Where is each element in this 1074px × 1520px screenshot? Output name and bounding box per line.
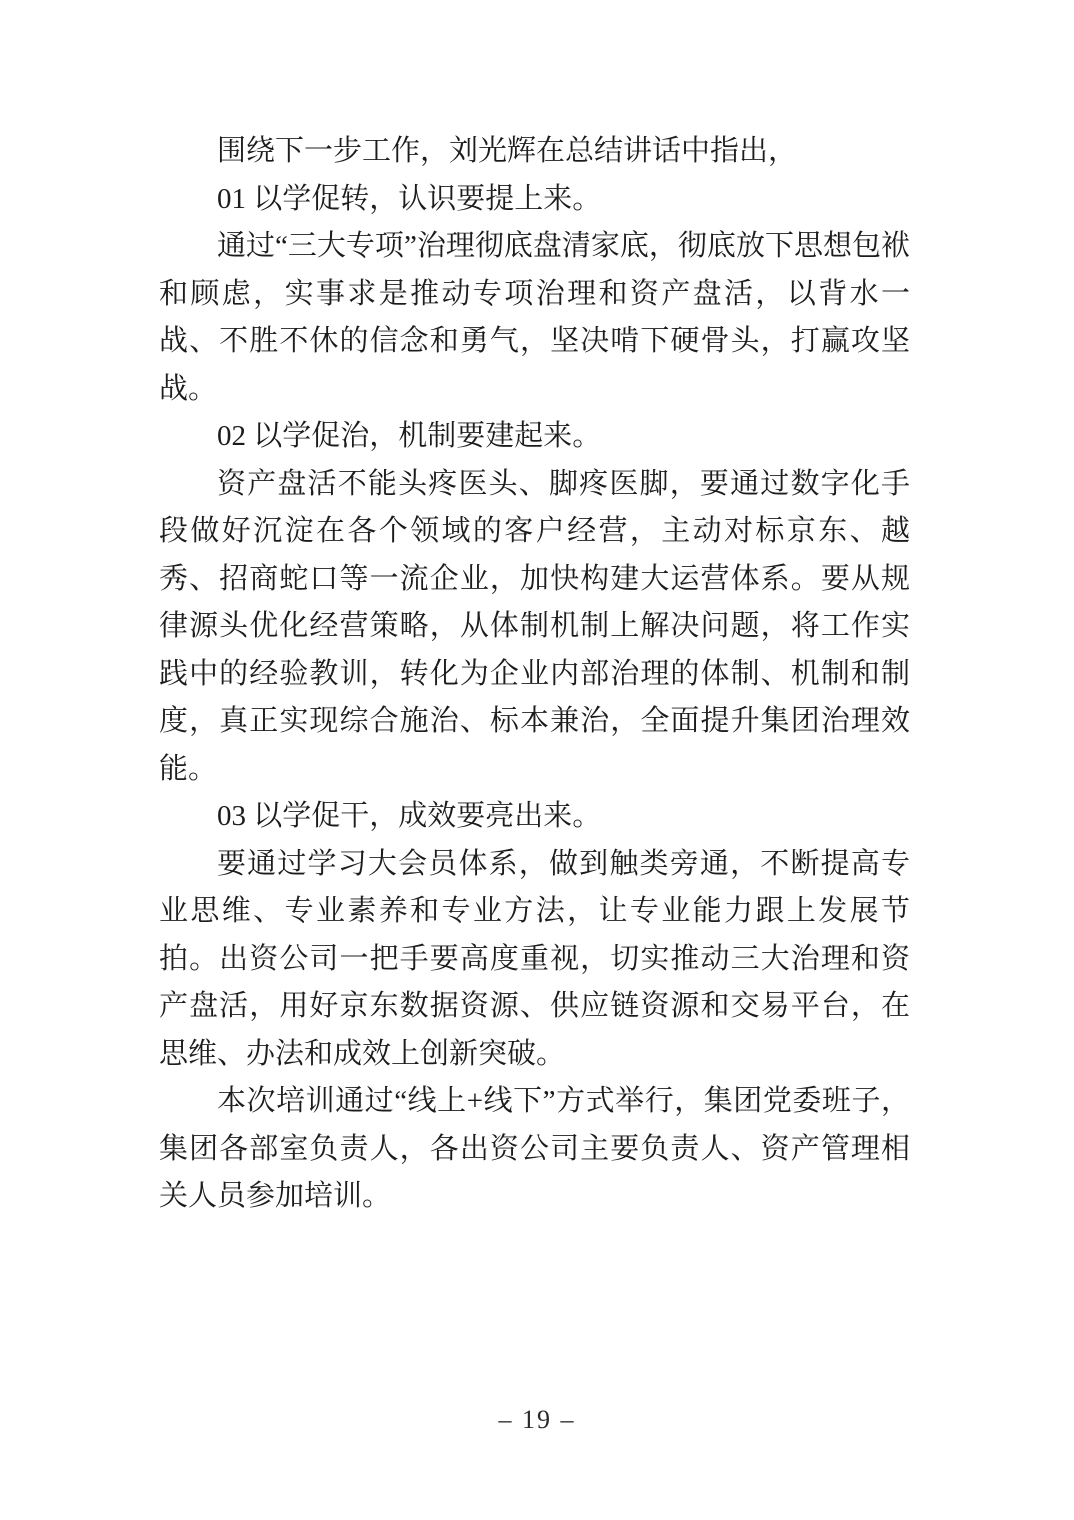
paragraph-body-03: 要通过学习大会员体系，做到触类旁通，不断提高专业思维、专业素养和专业方法，让专业… <box>159 841 910 1079</box>
paragraph-heading-02: 02 以学促治，机制要建起来。 <box>159 413 910 461</box>
paragraph-closing: 本次培训通过“线上+线下”方式举行，集团党委班子，集团各部室负责人，各出资公司主… <box>159 1078 910 1221</box>
paragraph-body-02: 资产盘活不能头疼医头、脚疼医脚，要通过数字化手段做好沉淀在各个领域的客户经营，主… <box>159 461 910 794</box>
document-body: 围绕下一步工作，刘光辉在总结讲话中指出， 01 以学促转，认识要提上来。 通过“… <box>159 128 910 1221</box>
page-number: – 19 – <box>0 1405 1074 1435</box>
paragraph-heading-03: 03 以学促干，成效要亮出来。 <box>159 793 910 841</box>
paragraph-heading-01: 01 以学促转，认识要提上来。 <box>159 176 910 224</box>
document-page: 围绕下一步工作，刘光辉在总结讲话中指出， 01 以学促转，认识要提上来。 通过“… <box>0 0 1074 1520</box>
paragraph-body-01: 通过“三大专项”治理彻底盘清家底，彻底放下思想包袱和顾虑，实事求是推动专项治理和… <box>159 223 910 413</box>
paragraph-intro: 围绕下一步工作，刘光辉在总结讲话中指出， <box>159 128 910 176</box>
